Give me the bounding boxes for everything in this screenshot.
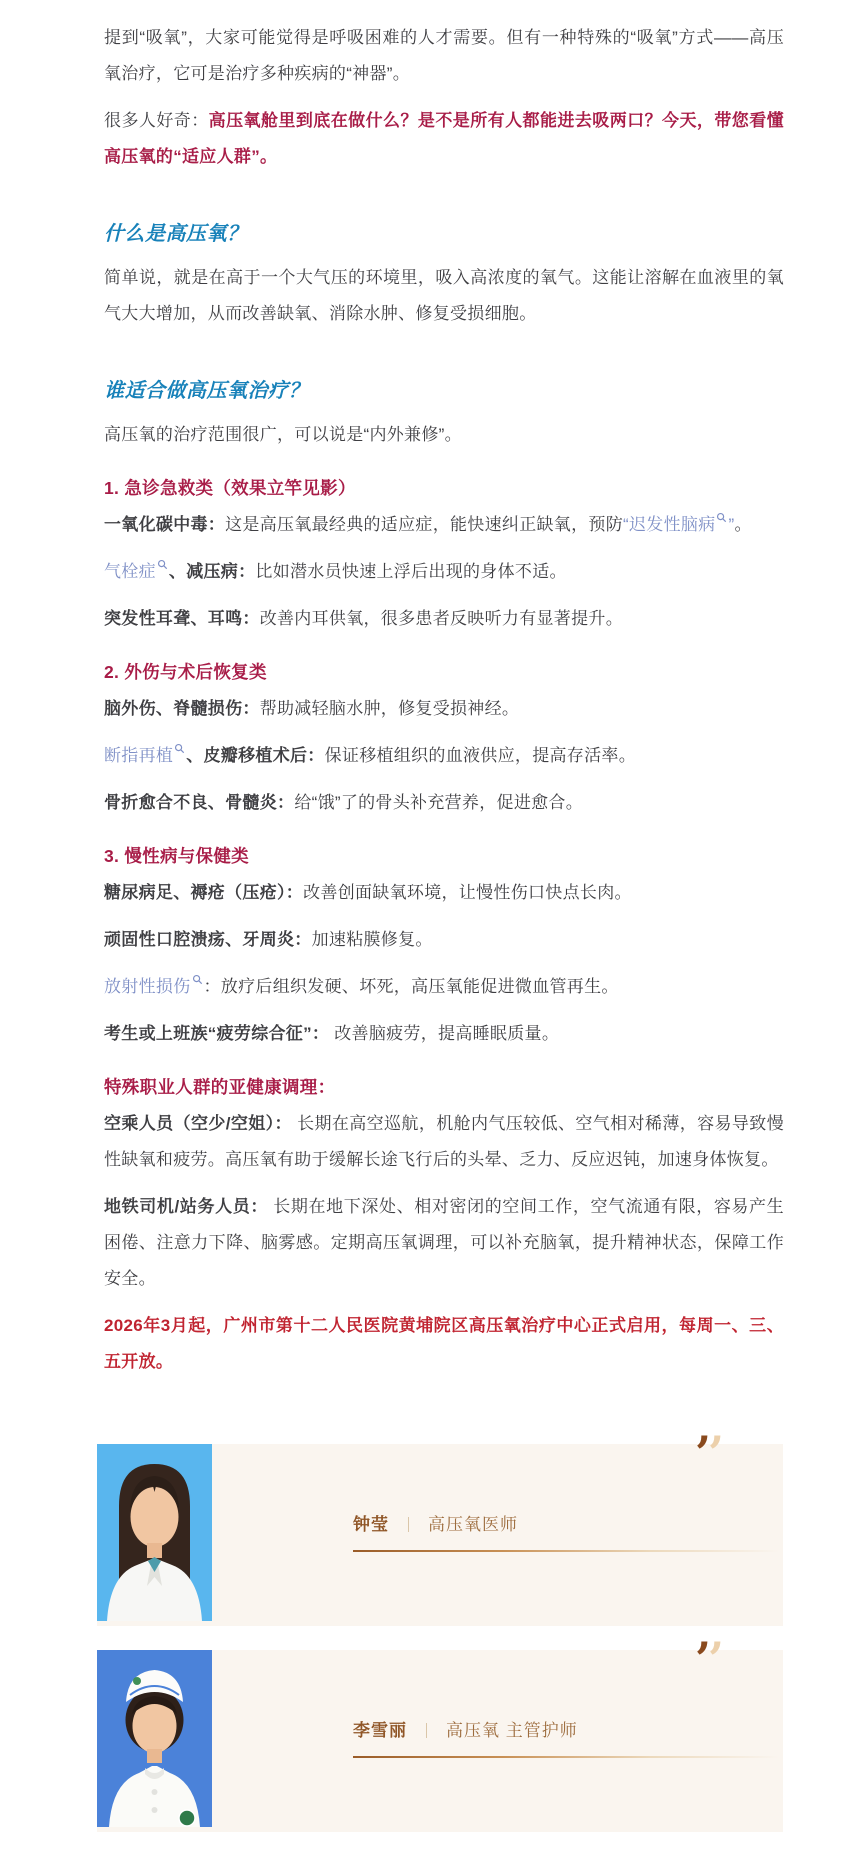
text-segment: 。 [734,515,751,534]
profile-info: 李雪丽｜高压氧 主管护师 [353,1716,779,1758]
profile-name-row: 李雪丽｜高压氧 主管护师 [353,1716,779,1741]
text-segment: 帮助减轻脑水肿，修复受损神经。 [260,699,520,718]
text-segment: 骨折愈合不良、骨髓炎： [104,793,294,812]
paragraph: 空乘人员（空少/空姐）： 长期在高空巡航，机舱内气压较低、空气相对稀薄，容易导致… [104,1106,784,1178]
text-segment: 考生或上班族“疲劳综合征”： [104,1024,329,1043]
divider-line [353,1550,779,1552]
text-segment: 糖尿病足、褥疮（压疮）： [104,883,303,902]
profile-name-row: 钟莹｜高压氧医师 [353,1510,779,1535]
paragraph: 放射性损伤：放疗后组织发硬、坏死，高压氧能促进微血管再生。 [104,969,784,1005]
text-segment: 高压氧的治疗范围很广，可以说是“内外兼修”。 [104,425,462,444]
blue-section-heading: 什么是高压氧？ [104,217,784,246]
text-segment: 空乘人员（空少/空姐）： [104,1114,292,1133]
paragraph: 提到“吸氧”，大家可能觉得是呼吸困难的人才需要。但有一种特殊的“吸氧”方式——高… [104,20,784,92]
quote-mark-dark: ’ [695,1632,708,1686]
profile-separator: ｜ [419,1723,434,1740]
profile-cards: 钟莹｜高压氧医师 ’’ [97,1444,784,1832]
red-subsection-heading: 特殊职业人群的亚健康调理： [104,1074,784,1099]
paragraph: 考生或上班族“疲劳综合征”： 改善脑疲劳，提高睡眠质量。 [104,1016,784,1052]
profile-separator: ｜ [401,1517,416,1534]
search-icon [174,746,185,757]
keyword-link[interactable]: 气栓症 [104,562,169,581]
text-segment: 比如潜水员快速上浮后出现的身体不适。 [255,562,566,581]
profile-card-doctor: 钟莹｜高压氧医师 ’’ [97,1444,783,1626]
search-icon [192,977,203,988]
profile-info: 钟莹｜高压氧医师 [353,1510,779,1552]
text-segment: 一氧化碳中毒： [104,515,225,534]
paragraph: 很多人好奇：高压氧舱里到底在做什么？是不是所有人都能进去吸两口？今天，带您看懂高… [104,103,784,175]
paragraph: 突发性耳聋、耳鸣：改善内耳供氧，很多患者反映听力有显著提升。 [104,601,784,637]
paragraph: 2026年3月起，广州市第十二人民医院黄埔院区高压氧治疗中心正式启用，每周一、三… [104,1308,784,1380]
keyword-link[interactable]: 断指再植 [104,746,186,765]
search-icon [157,562,168,573]
paragraph: 脑外伤、脊髓损伤：帮助减轻脑水肿，修复受损神经。 [104,691,784,727]
nurse-photo [97,1650,212,1827]
red-subsection-heading: 3. 慢性病与保健类 [104,843,784,868]
paragraph: 断指再植、皮瓣移植术后：保证移植组织的血液供应，提高存活率。 [104,738,784,774]
paragraph: 简单说，就是在高于一个大气压的环境里，吸入高浓度的氧气。这能让溶解在血液里的氧气… [104,260,784,332]
paragraph: 气栓症、减压病：比如潜水员快速上浮后出现的身体不适。 [104,554,784,590]
text-segment: 突发性耳聋、耳鸣： [104,609,260,628]
paragraph: 骨折愈合不良、骨髓炎：给“饿”了的骨头补充营养，促进愈合。 [104,785,784,821]
quote-mark-light: ’ [708,1632,721,1686]
divider-line [353,1756,779,1758]
paragraph: 高压氧的治疗范围很广，可以说是“内外兼修”。 [104,417,784,453]
text-segment: 2026年3月起，广州市第十二人民医院黄埔院区高压氧治疗中心正式启用，每周一、三… [104,1316,784,1371]
search-icon [716,515,727,526]
text-segment: 很多人好奇： [104,111,209,130]
text-segment: 保证移植组织的血液供应，提高存活率。 [325,746,636,765]
red-subsection-heading: 2. 外伤与术后恢复类 [104,659,784,684]
keyword-link[interactable]: “迟发性脑病” [623,515,734,534]
red-subsection-heading: 1. 急诊急救类（效果立竿见影） [104,475,784,500]
text-segment: 加速粘膜修复。 [312,930,433,949]
quote-icon: ’’ [695,1430,721,1476]
article: 提到“吸氧”，大家可能觉得是呼吸困难的人才需要。但有一种特殊的“吸氧”方式——高… [104,20,784,1380]
article-page: 提到“吸氧”，大家可能觉得是呼吸困难的人才需要。但有一种特殊的“吸氧”方式——高… [0,0,868,1859]
paragraph: 地铁司机/站务人员： 长期在地下深处、相对密闭的空间工作，空气流通有限，容易产生… [104,1189,784,1297]
text-segment: 顽固性口腔溃疡、牙周炎： [104,930,312,949]
text-segment: 这是高压氧最经典的适应症，能快速纠正缺氧，预防 [225,515,623,534]
profile-card-nurse: 李雪丽｜高压氧 主管护师 ’’ [97,1650,783,1832]
text-segment: 改善内耳供氧，很多患者反映听力有显著提升。 [260,609,623,628]
text-segment: 改善脑疲劳，提高睡眠质量。 [329,1024,559,1043]
keyword-link[interactable]: 放射性损伤 [104,977,204,996]
text-segment: 脑外伤、脊髓损伤： [104,699,260,718]
doctor-portrait-illustration [97,1444,212,1621]
text-segment: 地铁司机/站务人员： [104,1197,268,1216]
paragraph: 一氧化碳中毒：这是高压氧最经典的适应症，能快速纠正缺氧，预防“迟发性脑病”。 [104,507,784,543]
profile-name: 钟莹 [353,1515,389,1534]
text-segment: ：放疗后组织发硬、坏死，高压氧能促进微血管再生。 [204,977,619,996]
paragraph: 顽固性口腔溃疡、牙周炎：加速粘膜修复。 [104,922,784,958]
nurse-portrait-illustration [97,1650,212,1827]
paragraph: 糖尿病足、褥疮（压疮）：改善创面缺氧环境，让慢性伤口快点长肉。 [104,875,784,911]
text-segment: 简单说，就是在高于一个大气压的环境里，吸入高浓度的氧气。这能让溶解在血液里的氧气… [104,268,784,323]
quote-mark-dark: ’ [695,1426,708,1480]
quote-mark-light: ’ [708,1426,721,1480]
text-segment: 提到“吸氧”，大家可能觉得是呼吸困难的人才需要。但有一种特殊的“吸氧”方式——高… [104,28,784,83]
text-segment: 改善创面缺氧环境，让慢性伤口快点长肉。 [303,883,632,902]
doctor-photo [97,1444,212,1621]
text-segment: 、皮瓣移植术后： [186,746,324,765]
profile-title: 高压氧 主管护师 [446,1721,578,1740]
text-segment: 、减压病： [169,562,256,581]
quote-icon: ’’ [695,1636,721,1682]
text-segment: 给“饿”了的骨头补充营养，促进愈合。 [294,793,583,812]
profile-name: 李雪丽 [353,1721,407,1740]
profile-title: 高压氧医师 [428,1515,518,1534]
blue-section-heading: 谁适合做高压氧治疗？ [104,374,784,403]
